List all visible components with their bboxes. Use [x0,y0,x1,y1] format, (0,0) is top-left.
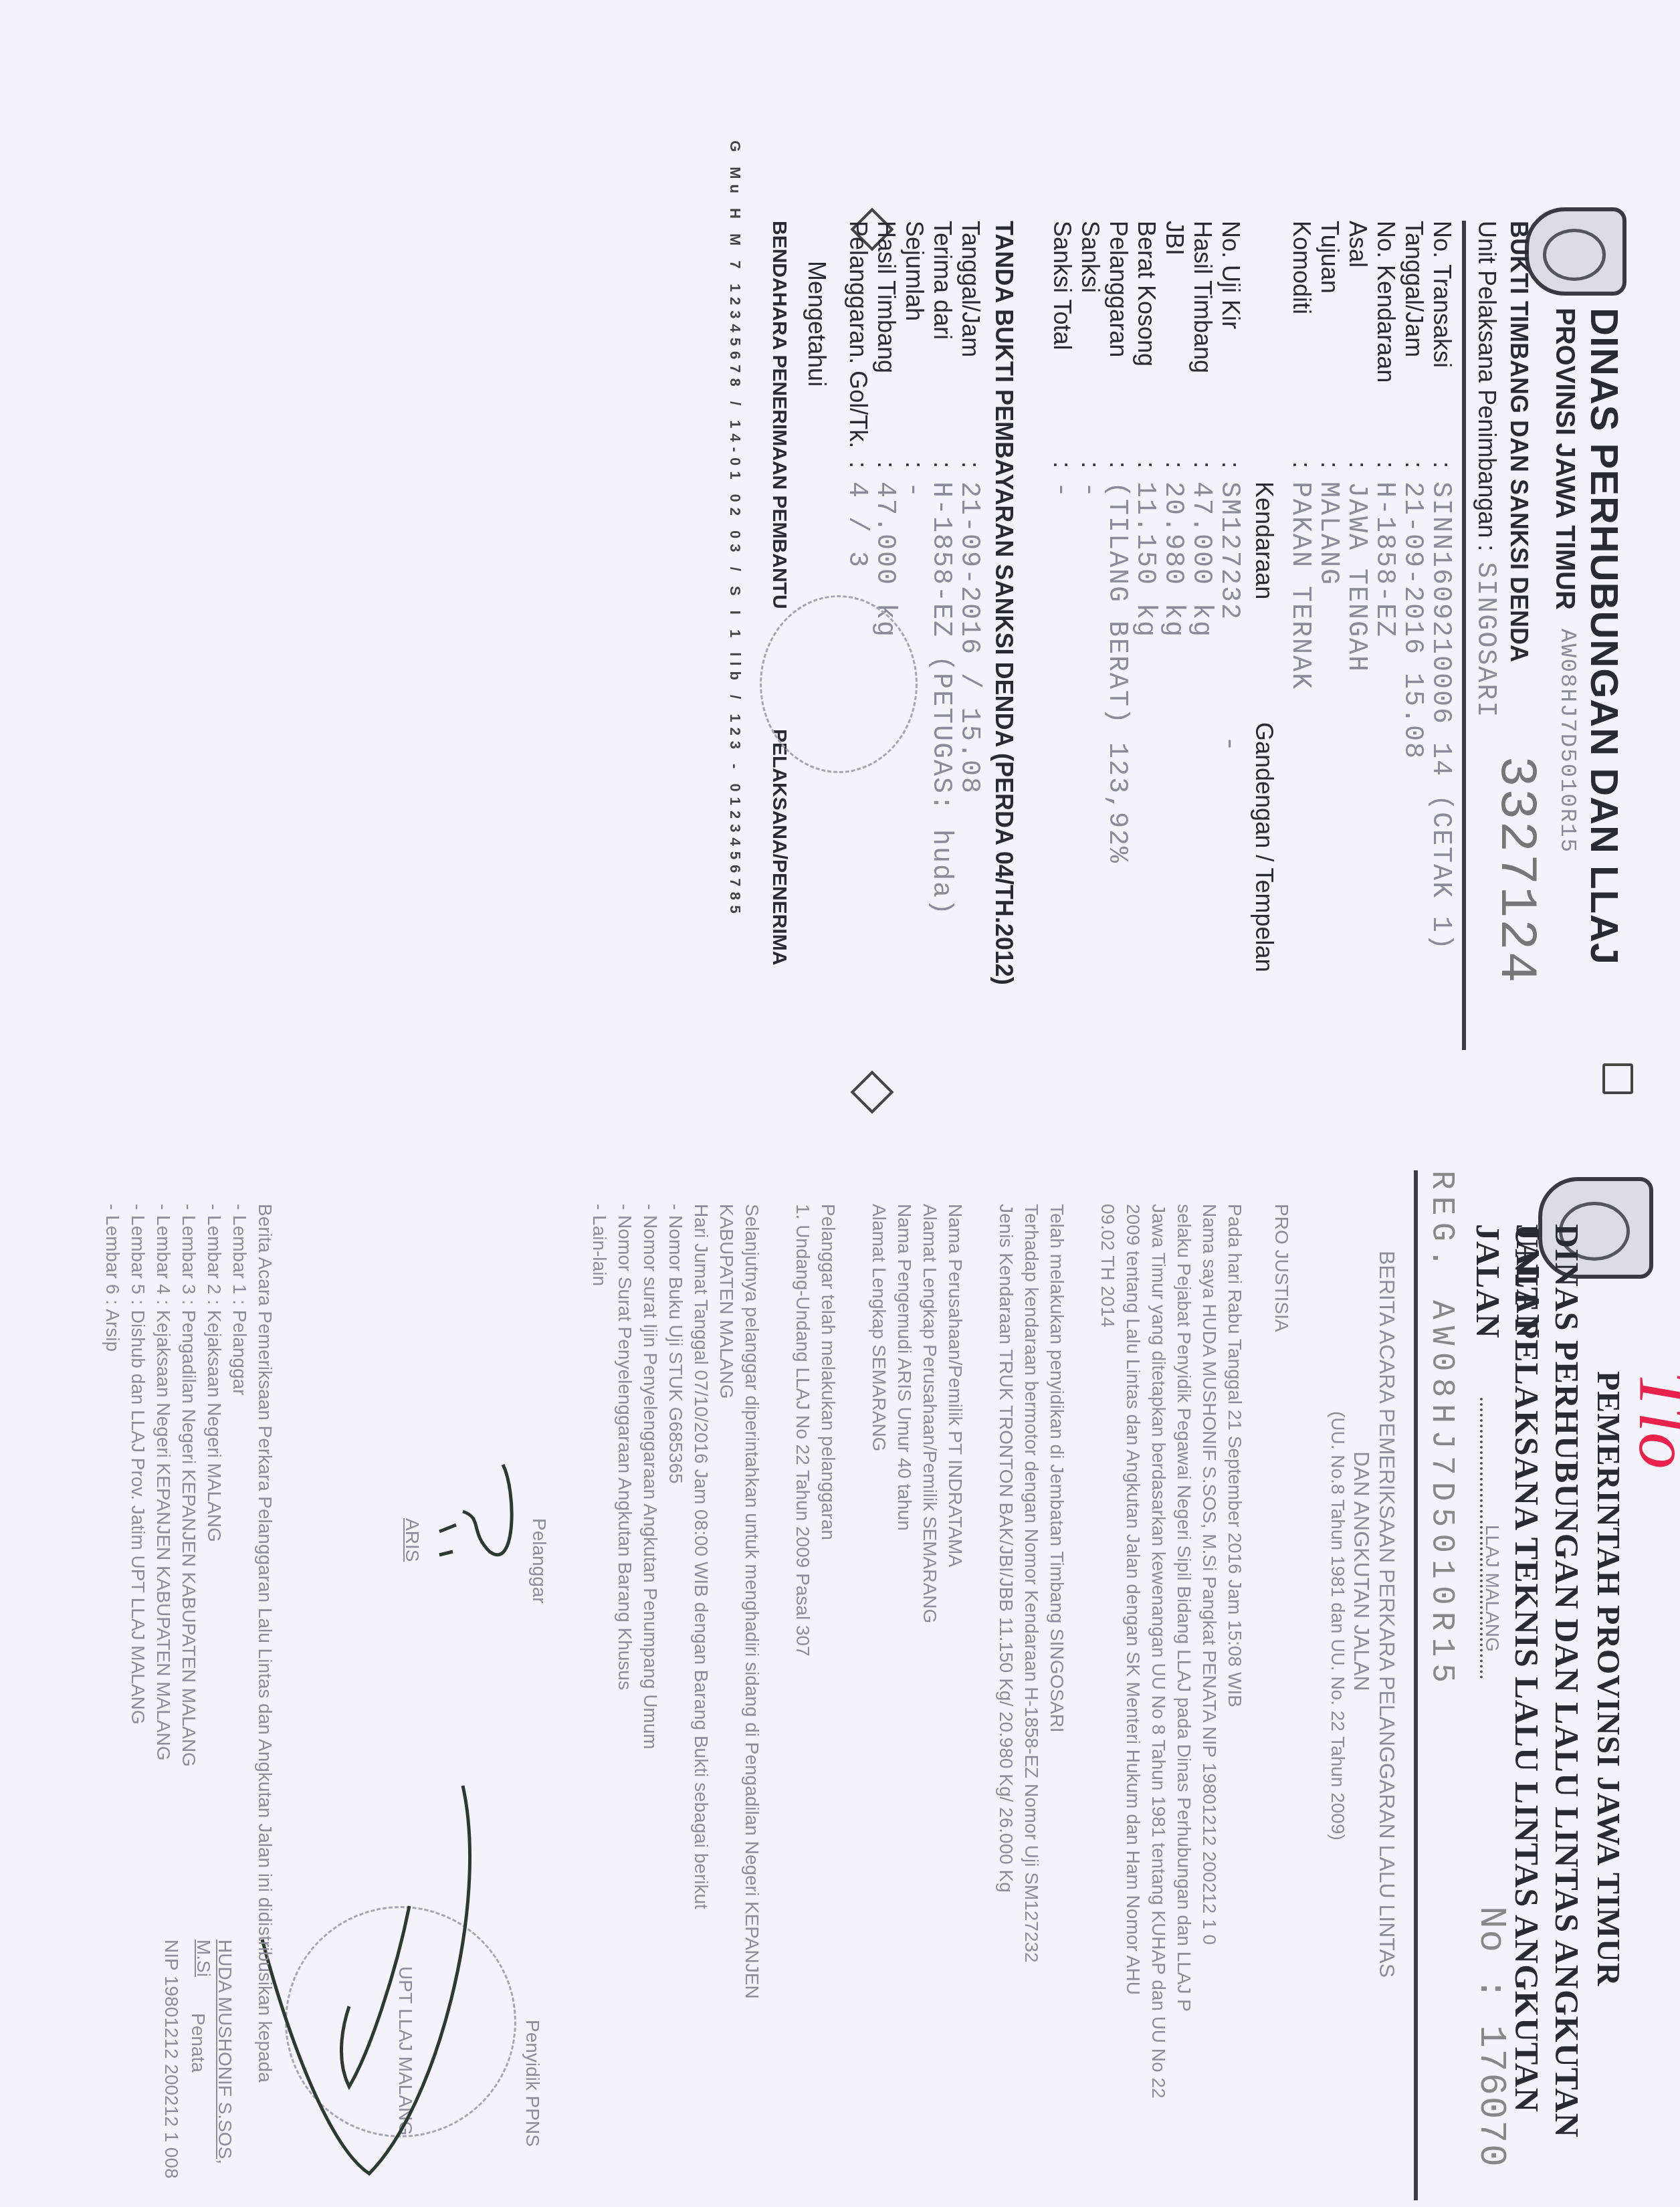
payment-row: Pelanggaran. Gol/Tk.:4 / 3 [841,221,872,568]
document-number: No : 176070 [1470,1906,1513,2168]
text-line: - Lain-lain [585,1204,610,2099]
field-row: Sanksi Total:- [1045,221,1076,499]
text-line: - Nomor surat Ijin Penyelenggaraan Angku… [635,1204,661,2099]
field-row: Hasil Timbang:47.000 kg [1186,221,1217,638]
text-line: Nama Perusahaan/Pemilik PT INDRATAMA [940,1204,966,2099]
text-line: - Lembar 6 : Arsip [98,1204,123,2083]
distribution-list: Berita Acara Pemeriksaan Perkara Pelangg… [98,1204,276,2083]
text-line [966,1204,991,2099]
document-title: BERITA ACARA PEMERIKSAAN PERKARA PELANGG… [1374,1251,1399,1978]
ticket-title: BUKTI TIMBANG DAN SANKSI DENDA [1505,221,1533,662]
field-row: Tujuan:MALANG [1313,221,1344,586]
perforation-mark [850,1070,894,1114]
security-code-line: G Mu H M 7 12345678 / 14-01 02 03 / S I … [726,140,744,919]
unit-value: SINGOSARI [1470,562,1500,718]
payment-row: Sejumlah:- [898,221,928,499]
field-row: Asal:JAWA TENGAH [1341,221,1372,673]
handwritten-mark: Tlo [1622,1371,1680,1469]
text-line: Hari Jumat Tanggal 07/10/2016 Jam 08:00 … [686,1204,712,2099]
field-row: Berat Kosong:11.150 kg [1130,221,1160,638]
berita-acara-document: Tlo PEMERINTAH PROVINSI JAWA TIMUR DINAS… [1,1170,1653,2200]
divider [1462,221,1466,1050]
field-row: JBI:20.980 kg [1158,221,1188,638]
trailer-header: Gandengan / Tempelan [1250,722,1278,972]
text-line: Terhadap kendaraan bermotor dengan Nomor… [1017,1204,1042,2099]
text-line: selaku Pejabat Penyidik Pegawai Negeri S… [1169,1204,1194,2099]
text-line: - Lembar 2 : Kejaksaan Negeri MALANG [199,1204,225,2083]
east-java-emblem-icon [1525,207,1626,296]
unit-label: Unit Pelaksana Penimbangan : [1473,221,1501,551]
text-line: 09.02 TH 2014 [1093,1204,1118,2099]
scanned-document: DINAS PERHUBUNGAN DAN LLAJ PROVINSI JAWA… [0,0,1680,2207]
text-line [762,1204,788,2099]
ticket-number: 3327124 [1486,756,1545,984]
text-line: Selanjutnya pelanggar diperintahkan untu… [737,1204,762,2099]
text-line: Pada hari Rabu Tanggal 21 September 2016… [1220,1204,1245,2099]
field-row: Komoditi:PAKAN TERNAK [1285,221,1316,690]
pro-justisia: PRO JUSTISIA [1271,1204,1292,1332]
field-row: Pelanggaran:(TILANG BERAT) 123,92% [1101,221,1132,864]
payment-title: TANDA BUKTI PEMBAYARAN SANKSI DENDA (PER… [990,221,1018,985]
vehicle-header: Kendaraan [1250,482,1278,599]
text-line: Berita Acara Pemeriksaan Perkara Pelangg… [250,1204,276,2083]
text-line: - Nomor Surat Penyelenggaraan Angkutan B… [610,1204,635,2099]
faint-stamp [760,595,918,773]
text-line: - Lembar 5 : Dishub dan LLAJ Prov. Jatim… [123,1204,148,2083]
body-text: Pada hari Rabu Tanggal 21 September 2016… [585,1204,1245,2099]
agency-title: DINAS PERHUBUNGAN DAN LLAJ [1582,308,1626,965]
field-row: Sanksi:- [1073,221,1104,499]
legal-basis: (UU. No.8 Tahun 1981 dan UU. No. 22 Tahu… [1327,1411,1348,1841]
text-line: - Lembar 1 : Pelanggar [225,1204,250,2083]
text-line [1067,1204,1093,2099]
text-line: Nama saya HUDA MUSHONIF S.SOS, M.Si Pang… [1194,1204,1220,2099]
document-title-2: DAN ANGKUTAN JALAN [1349,1451,1374,1691]
field-row: Tanggal/Jam:21-09-2016 15.08 [1397,221,1428,760]
field-row: No. Kendaraan:H-1858-EZ [1369,221,1400,638]
text-line: KABUPATEN MALANG [712,1204,737,2099]
violator-name: ARIS [401,1518,423,1562]
text-line: Jenis Kendaraan TRUK TRONTON BAK/JBI/JBB… [991,1204,1017,2099]
text-line: Nama Pengemudi ARIS Umur 40 tahun [889,1204,915,2099]
serial-code: AW08HJ7D5010R15 [1554,629,1580,853]
text-line: Telah melakukan penyidikan di Jembatan T… [1042,1204,1067,2099]
office-name: LLAJ MALANG [1481,1525,1503,1652]
investigator-label: Penyidik PPNS [522,2020,543,2147]
text-line: Alamat Lengkap Perusahaan/Pemilik SEMARA… [915,1204,940,2099]
acknowledged-label: Mengetahui [803,261,831,387]
violator-label: Pelanggar [528,1518,550,1604]
field-row: No. Uji Kir:SM127232- [1214,221,1245,753]
text-line: Jawa Timur yang ditetapkan berdasarkan k… [1144,1204,1169,2099]
header-divider [1414,1170,1418,2200]
violator-signature [429,1451,516,1585]
text-line: Alamat Lengkap SEMARANG [864,1204,889,2099]
government-header: PEMERINTAH PROVINSI JAWA TIMUR [1590,1371,1626,1986]
text-line: - Nomor Buku Uji STUK G685365 [661,1204,686,2099]
office-underline [1480,1398,1483,1679]
text-line [839,1204,864,2099]
payment-row: Tanggal/Jam:21-09-2016 / 15.08 [954,221,984,795]
text-line: Pelanggar telah melakukan pelanggaran [813,1204,839,2099]
registration-code: REG. AW08HJ7D5010R15 [1423,1170,1459,1689]
text-line: - Lembar 3 : Pengadilan Negeri KEPANJEN … [174,1204,199,2083]
field-row: No. Transaksi:SINN1609210006 14 (CETAK 1… [1425,221,1456,951]
payment-row: Hasil Timbang:47.000 kg [869,221,900,638]
treasurer-signature-label: BENDAHARA PENERIMAAN PEMBANTU [768,221,791,609]
payment-row: Terima dari:H-1858-EZ (PETUGAS: huda) [926,221,956,916]
receiver-signature-label: PELAKSANA/PENERIMA [768,729,791,965]
unit-row: Unit Pelaksana Penimbangan : SINGOSARI [1470,221,1501,718]
text-line: 2009 tentang Lalu Lintas dan Angkutan Ja… [1118,1204,1144,2099]
perforation-mark [1602,1063,1633,1094]
province-name: PROVINSI JAWA TIMUR [1550,308,1580,610]
text-line: - Lembar 4 : Kejaksaan Negeri KEPANJEN K… [148,1204,174,2083]
text-line: 1. Undang-Undang LLAJ No 22 Tahun 2009 P… [788,1204,813,2099]
